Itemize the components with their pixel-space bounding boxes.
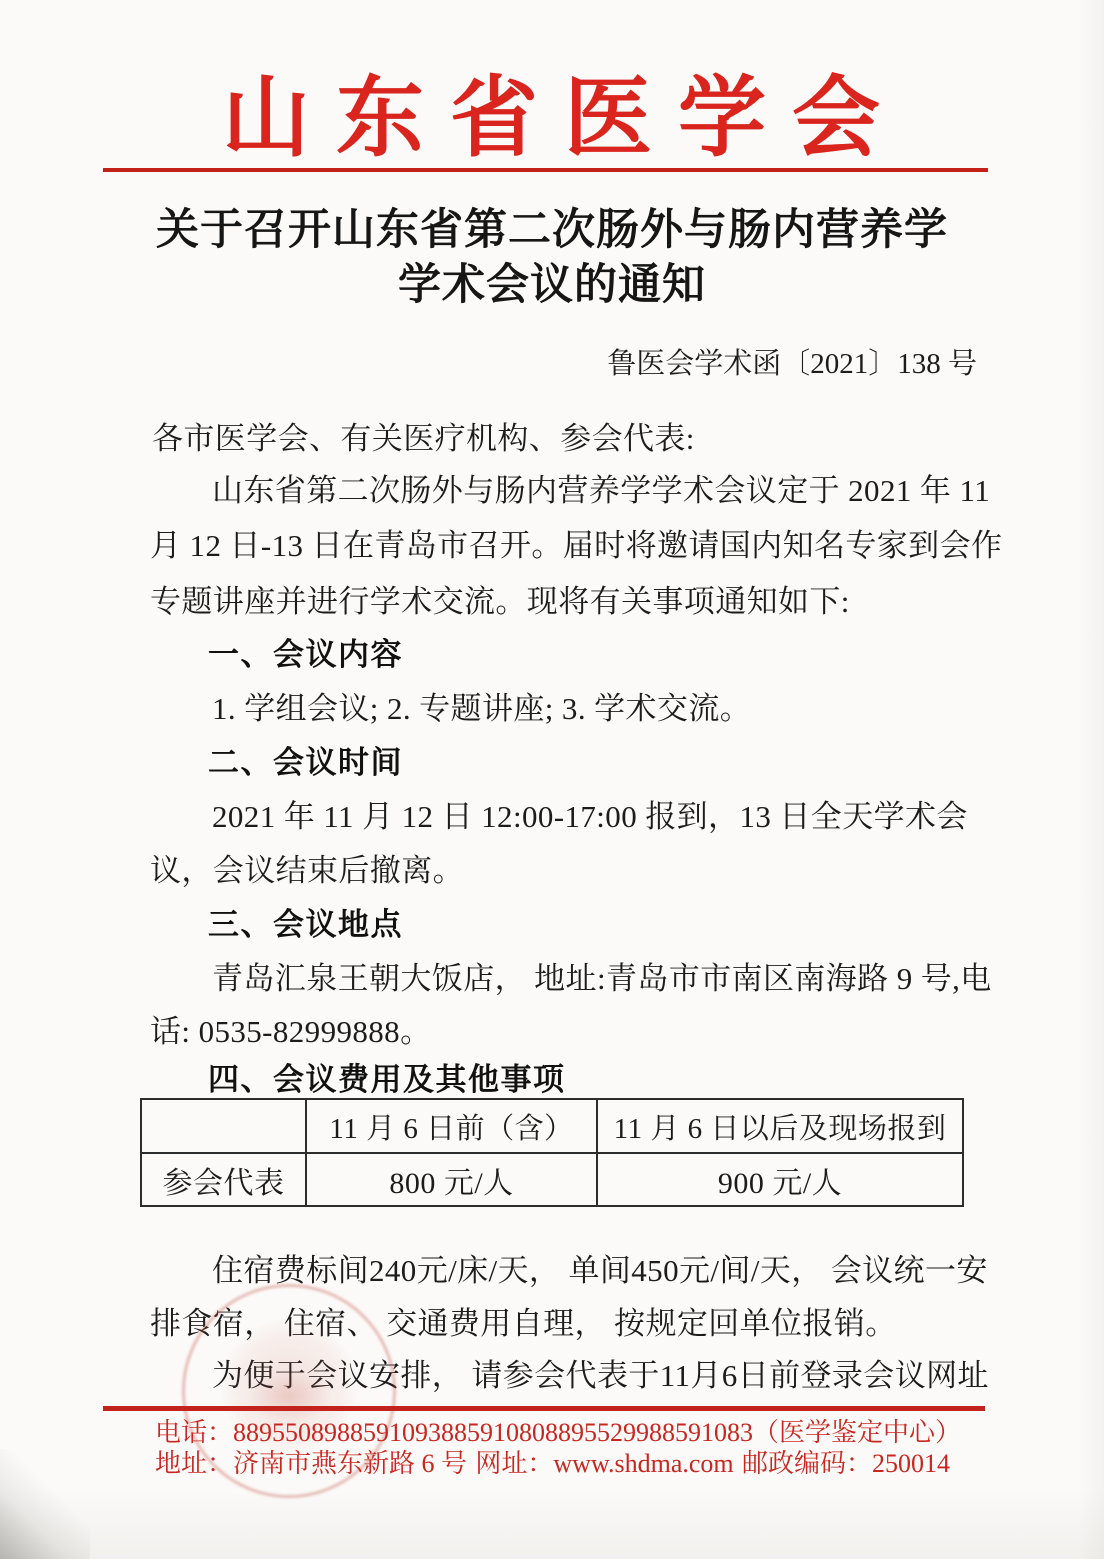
footer-divider-line [103, 1406, 985, 1411]
letterhead-divider-line [103, 168, 988, 172]
fee-table-header-empty-cell [141, 1099, 306, 1153]
footer-website: 网址：www.shdma.com [475, 1450, 733, 1479]
scan-shadow-bottom [0, 1489, 1104, 1559]
intro-line: 山东省第二次肠外与肠内营养学学术会议定于 2021 年 11 [212, 473, 990, 509]
fee-table-late-price-cell: 900 元/人 [597, 1153, 963, 1206]
fee-table-header-late-cell: 11 月 6 日以后及现场报到 [597, 1099, 963, 1153]
section-heading-time: 二、会议时间 [208, 745, 403, 781]
document-title-line1: 关于召开山东省第二次肠外与肠内营养学 [0, 209, 1104, 252]
scan-shadow-bottom-left [0, 1449, 90, 1559]
fee-table: 11 月 6 日前（含） 11 月 6 日以后及现场报到 参会代表 800 元/… [140, 1098, 964, 1207]
footer-address-row: 地址：济南市燕东新路 6 号 网址：www.shdma.com 邮政编码：250… [155, 1450, 950, 1479]
section-heading-content: 一、会议内容 [208, 637, 403, 673]
lodging-info-line: 住宿费标间240元/床/天， 单间450元/间/天， 会议统一安 [212, 1253, 988, 1289]
registration-info-line: 为便于会议安排， 请参会代表于11月6日前登录会议网址 [212, 1358, 989, 1394]
section-text: 1. 学组会议; 2. 专题讲座; 3. 学术交流。 [212, 691, 751, 727]
fee-table-early-price-cell: 800 元/人 [306, 1153, 597, 1206]
intro-line: 专题讲座并进行学术交流。现将有关事项通知如下: [150, 584, 850, 620]
footer-phone-number: 88955299 [545, 1419, 649, 1448]
intro-line: 月 12 日-13 日在青岛市召开。届时将邀请国内知名专家到会作 [150, 528, 1002, 564]
section-text: 议，会议结束后撤离。 [150, 853, 464, 889]
lodging-info-line: 排食宿， 住宿、 交通费用自理， 按规定回单位报销。 [150, 1306, 897, 1342]
footer-phone-row: 电话：88955089 88591093 88591080 88955299 8… [155, 1419, 950, 1448]
footer-phone-label: 电话：88955089 [155, 1419, 337, 1448]
footer-postal-code: 邮政编码：250014 [742, 1450, 950, 1479]
section-heading-location: 三、会议地点 [208, 907, 403, 943]
reference-number: 鲁医会学术函〔2021〕138 号 [607, 349, 977, 381]
fee-table-attendee-cell: 参会代表 [141, 1153, 306, 1206]
salutation: 各市医学会、有关医疗机构、参会代表: [152, 421, 695, 457]
fee-table-header-row: 11 月 6 日前（含） 11 月 6 日以后及现场报到 [141, 1099, 963, 1153]
org-name-letterhead: 山 东 省 医 学 会 [0, 76, 1104, 164]
footer-phone-number: 88591093 [337, 1419, 441, 1448]
section-text: 2021 年 11 月 12 日 12:00-17:00 报到，13 日全天学术… [212, 799, 968, 835]
section-text: 青岛汇泉王朝大饭店， 地址:青岛市市南区南海路 9 号,电 [212, 961, 992, 997]
footer-phone-number: 88591080 [441, 1419, 545, 1448]
footer-phone-number-appraisal: 88591083（医学鉴定中心） [649, 1419, 961, 1448]
section-heading-fees: 四、会议费用及其他事项 [208, 1062, 566, 1098]
footer-address: 地址：济南市燕东新路 6 号 [155, 1450, 467, 1479]
fee-table-data-row: 参会代表 800 元/人 900 元/人 [141, 1153, 963, 1206]
document-title-line2: 学术会议的通知 [0, 264, 1104, 307]
section-text: 话: 0535-82999888。 [150, 1014, 432, 1050]
fee-table-header-early-cell: 11 月 6 日前（含） [306, 1099, 597, 1153]
scanned-notice-page: 山 东 省 医 学 会 关于召开山东省第二次肠外与肠内营养学 学术会议的通知 鲁… [0, 0, 1104, 1559]
